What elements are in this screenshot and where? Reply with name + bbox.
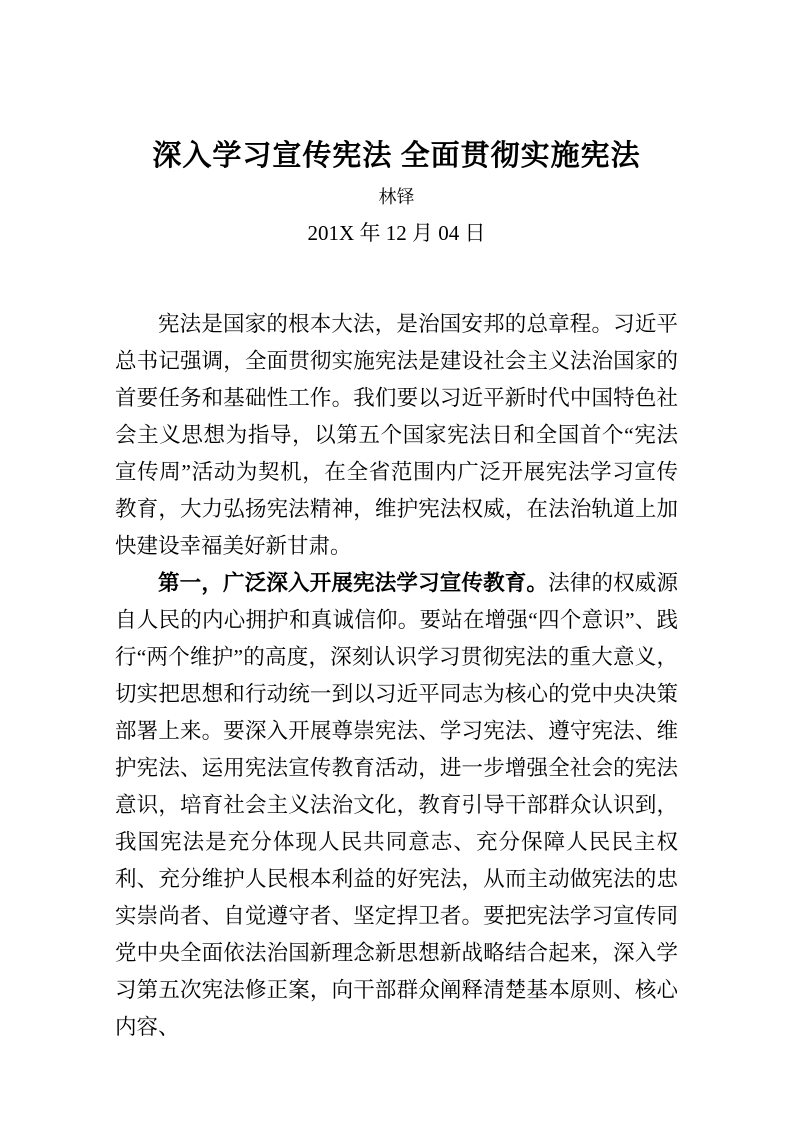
document-title: 深入学习宣传宪法 全面贯彻实施宪法 [0,0,793,179]
paragraph-section-1: 第一，广泛深入开展宪法学习宣传教育。法律的权威源自人民的内心拥护和真诚信仰。要站… [115,565,678,1046]
publish-date: 201X 年 12 月 04 日 [0,218,793,248]
paragraph-intro: 宪法是国家的根本大法，是治国安邦的总章程。习近平总书记强调，全面贯彻实施宪法是建… [115,306,678,565]
author-name: 林铎 [0,184,793,210]
section-1-heading: 第一，广泛深入开展宪法学习宣传教育。 [158,571,548,595]
section-1-text: 法律的权威源自人民的内心拥护和真诚信仰。要站在增强“四个意识”、践行“两个维护”… [115,571,678,1039]
paragraph-intro-text: 宪法是国家的根本大法，是治国安邦的总章程。习近平总书记强调，全面贯彻实施宪法是建… [115,312,678,558]
document-page: 深入学习宣传宪法 全面贯彻实施宪法 林铎 201X 年 12 月 04 日 宪法… [0,0,793,1122]
document-body: 宪法是国家的根本大法，是治国安邦的总章程。习近平总书记强调，全面贯彻实施宪法是建… [115,306,678,1046]
